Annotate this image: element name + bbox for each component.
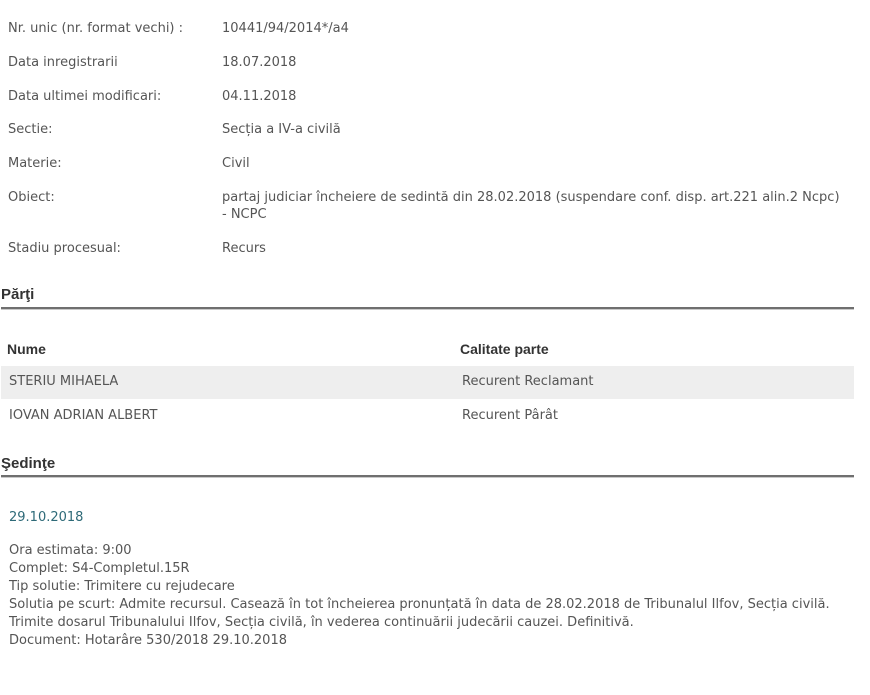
cell-nume: STERIU MIHAELA	[9, 374, 118, 389]
session-document: Document: Hotarâre 530/2018 29.10.2018	[9, 632, 287, 650]
detail-value: partaj judiciar încheiere de sedintă din…	[222, 189, 847, 223]
column-header-nume: Nume	[7, 341, 46, 357]
table-row: IOVAN ADRIAN ALBERT Recurent Pârât	[1, 400, 854, 433]
cell-calitate: Recurent Pârât	[462, 408, 558, 423]
table-row: STERIU MIHAELA Recurent Reclamant	[1, 366, 854, 399]
parti-title: Părţi	[1, 286, 34, 303]
detail-label: Nr. unic (nr. format vechi) :	[8, 20, 183, 37]
session-tip-solutie: Tip solutie: Trimitere cu rejudecare	[9, 578, 235, 596]
cell-nume: IOVAN ADRIAN ALBERT	[9, 408, 157, 423]
detail-value: 04.11.2018	[222, 88, 852, 105]
detail-value: Secția a IV-a civilă	[222, 121, 852, 138]
detail-value: Recurs	[222, 240, 852, 257]
column-header-calitate: Calitate parte	[460, 341, 549, 357]
detail-label: Stadiu procesual:	[8, 240, 121, 257]
detail-value: Civil	[222, 155, 852, 172]
sedinte-divider	[1, 475, 854, 478]
detail-label: Data inregistrarii	[8, 54, 118, 71]
parti-divider	[1, 307, 854, 310]
detail-label: Sectie:	[8, 121, 52, 138]
session-solutia-cont: Trimite dosarul Tribunalului Ilfov, Secț…	[9, 614, 634, 632]
detail-label: Data ultimei modificari:	[8, 88, 161, 105]
session-solutia: Solutia pe scurt: Admite recursul. Casea…	[9, 596, 830, 614]
detail-value: 10441/94/2014*/a4	[222, 20, 852, 37]
session-ora: Ora estimata: 9:00	[9, 542, 132, 560]
detail-label: Materie:	[8, 155, 62, 172]
detail-label: Obiect:	[8, 189, 55, 206]
session-complet: Complet: S4-Completul.15R	[9, 560, 190, 578]
sedinte-title: Şedinţe	[1, 455, 55, 472]
detail-value: 18.07.2018	[222, 54, 852, 71]
cell-calitate: Recurent Reclamant	[462, 374, 594, 389]
session-date: 29.10.2018	[9, 510, 83, 525]
